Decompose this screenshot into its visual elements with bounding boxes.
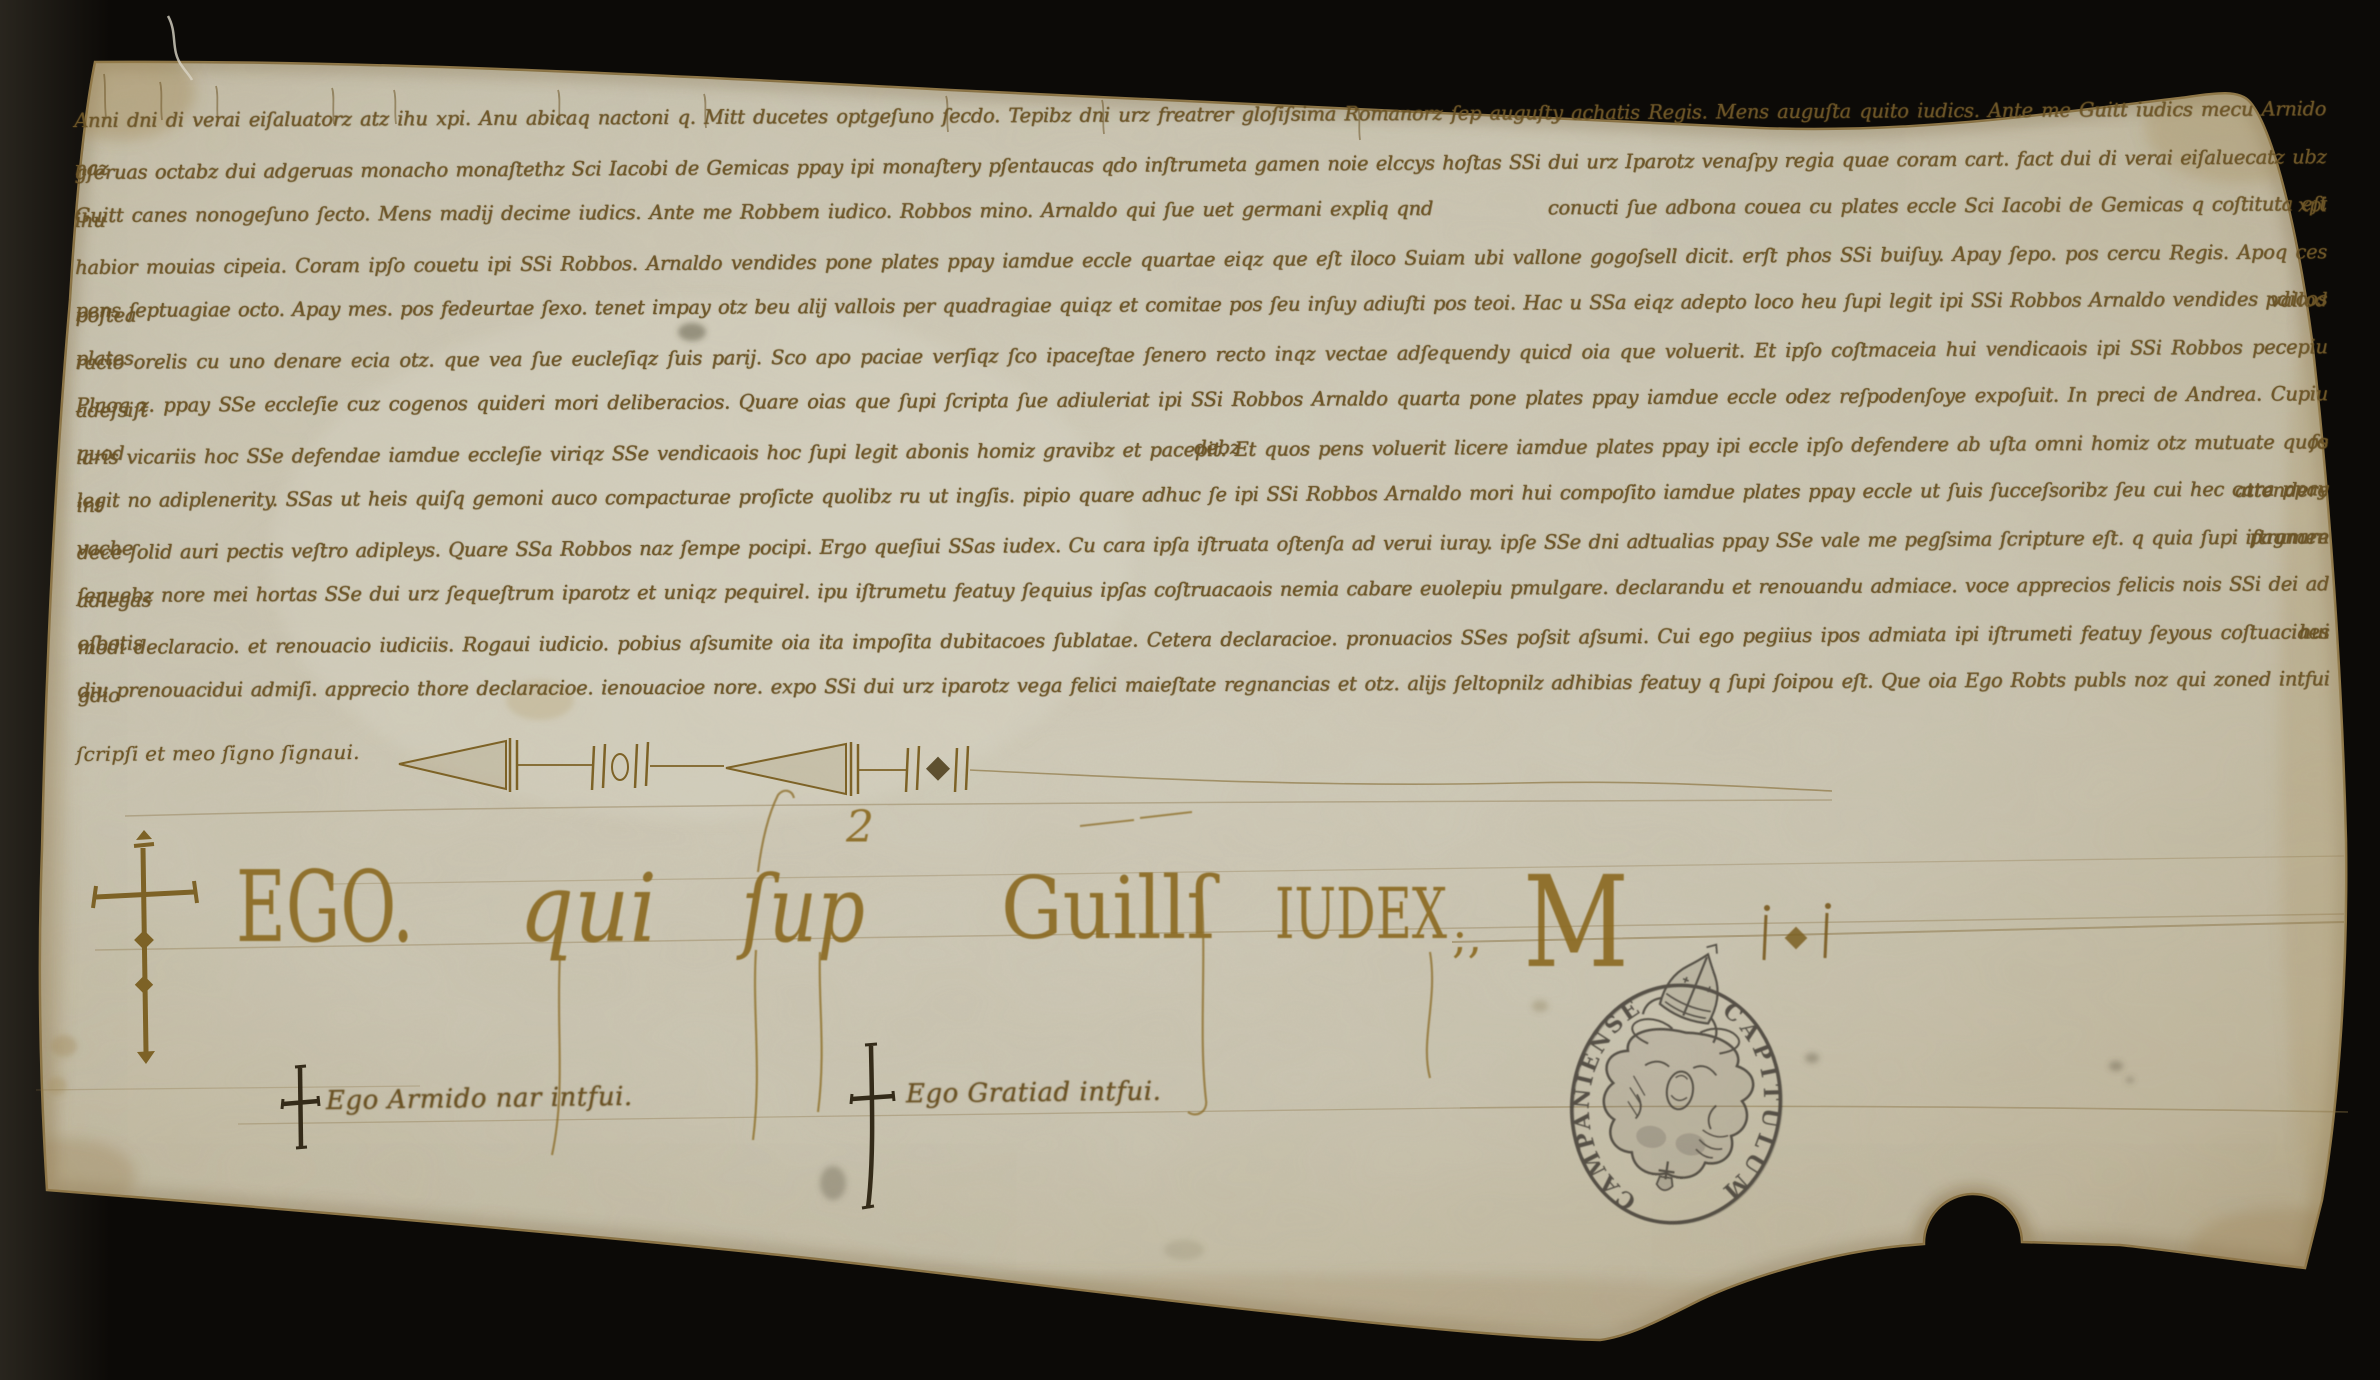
charter-text-block: Anni dni di verai eiſaluatorz atz ihu xp… <box>74 85 2330 716</box>
eschatocol-iudex-punctuation: ;, <box>1452 909 1482 963</box>
stain <box>1805 1053 1819 1063</box>
stain <box>51 1035 77 1057</box>
eschatocol-word-qui: qui <box>519 854 657 964</box>
notary-closing-line: ſcripſi et meo ſigno ſignaui. <box>76 732 360 774</box>
eschatocol-word-iudex: IUDEX <box>1275 873 1447 955</box>
eschatocol-word-ego: EGO. <box>236 851 414 965</box>
stain <box>1164 1240 1204 1260</box>
eschatocol-word-guillelmus: Guillſ <box>1001 859 1220 959</box>
eschatocol-supra-abbreviation: 2 <box>845 802 874 853</box>
stain <box>2109 1061 2123 1071</box>
eschatocol-numeral-m: M <box>1523 849 1629 996</box>
stain <box>1532 1000 1548 1012</box>
manuscript-photo: EGO. qui ſup 2 Guillſ IUDEX ;, M <box>0 0 2380 1380</box>
stain <box>47 1077 67 1095</box>
witness-subscription: Ego Armido nar intfui. <box>326 1080 633 1118</box>
eschatocol-word-supra: ſup <box>736 856 865 963</box>
stain <box>2126 1077 2134 1083</box>
witness-subscription: Ego Gratiad intfui. <box>906 1075 1162 1112</box>
stain <box>820 1166 846 1200</box>
